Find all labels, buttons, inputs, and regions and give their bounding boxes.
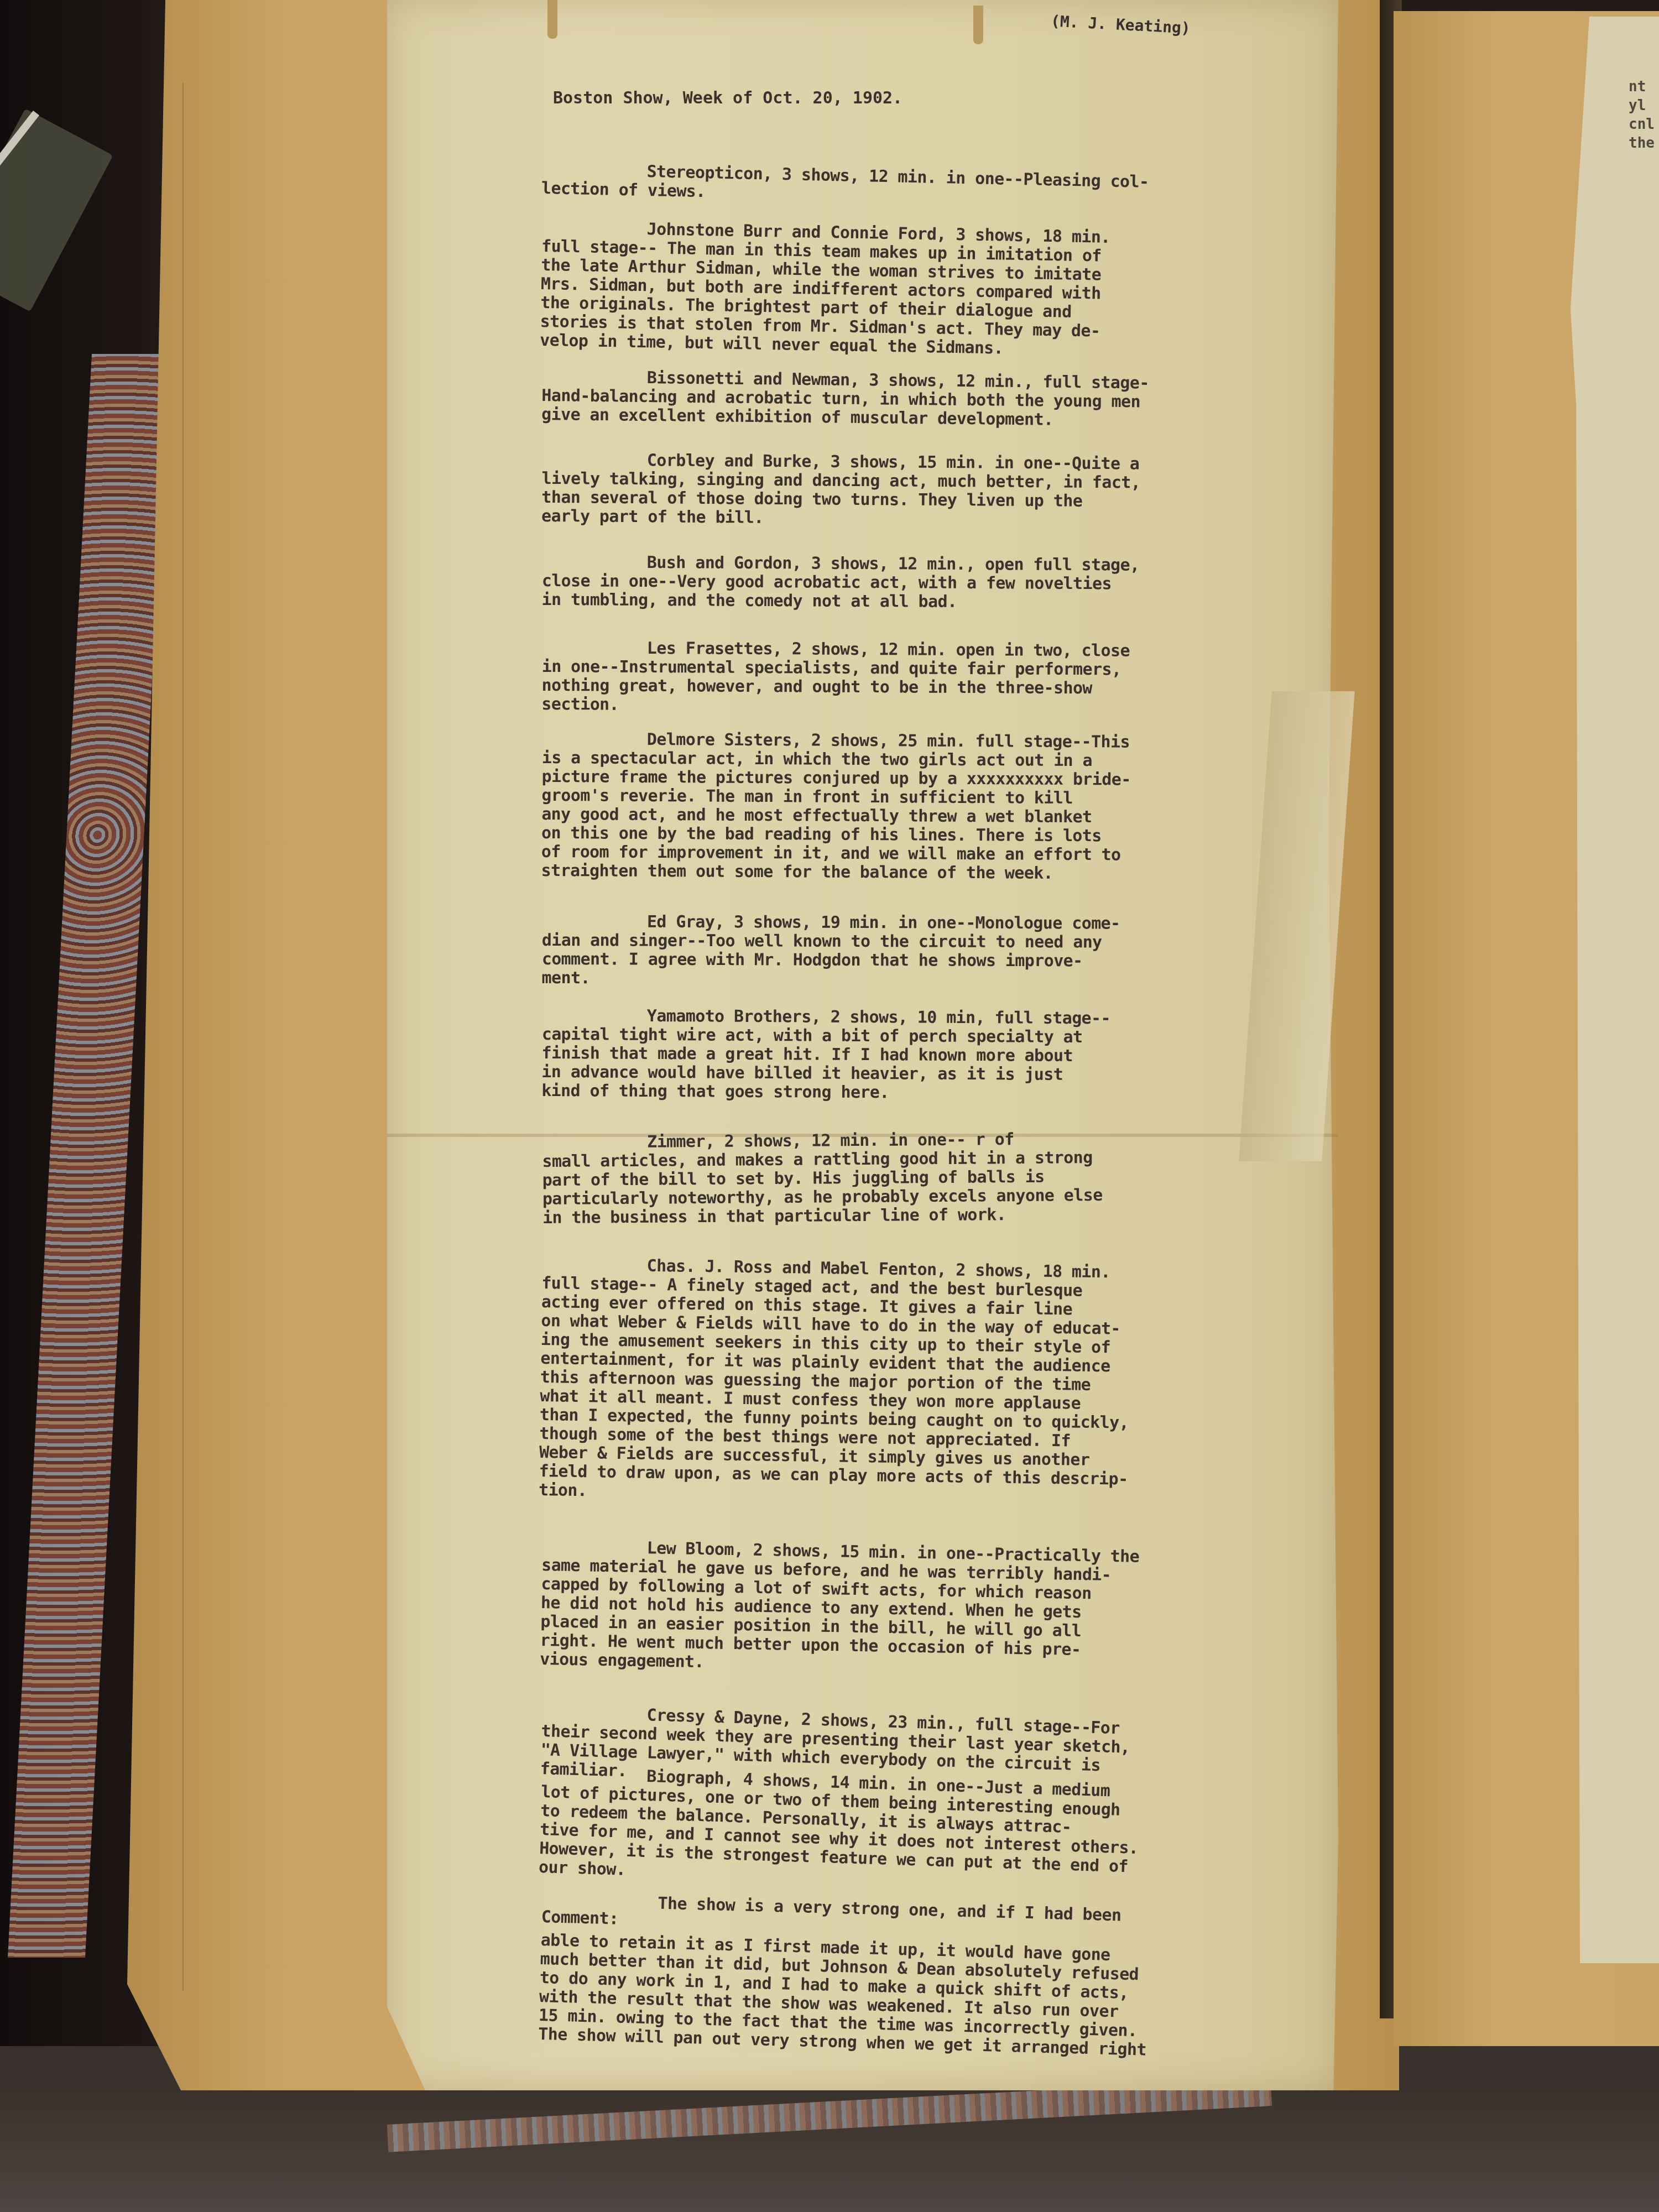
act-review: Bissonetti and Newman, 3 shows, 12 min.,… [541,368,1300,432]
act-review-body: in one--Instrumental specialists, and qu… [541,658,1300,718]
act-review: Corbley and Burke, 3 shows, 15 min. in o… [541,451,1300,531]
comment-label: Comment: [541,1908,619,1929]
act-review-body: lively talking, singing and dancing act,… [541,469,1300,531]
act-review: Bush and Gordon, 3 shows, 12 min., open … [541,553,1300,613]
act-review-body: is a spectacular act, in which the two g… [541,749,1300,884]
act-review: Ed Gray, 3 shows, 19 min. in one--Monolo… [542,912,1300,990]
act-review-body: small articles, and makes a rattling goo… [542,1147,1300,1228]
act-review: Yamamoto Brothers, 2 shows, 10 min, full… [541,1006,1300,1104]
act-review-body: dian and singer--Too well known to the c… [542,931,1300,990]
act-review-body: full stage-- The man in this team makes … [540,237,1299,363]
act-review: Lew Bloom, 2 shows, 15 min. in one--Prac… [540,1537,1300,1682]
board-crease [182,83,184,1991]
document-heading: Boston Show, Week of Oct. 20, 1902. [553,88,902,108]
tear-mark [547,0,557,39]
act-review: Chas. J. Ross and Mabel Fenton, 2 shows,… [539,1255,1300,1510]
adjacent-page-fragment: nt yl cnl the [1629,77,1655,153]
act-review-body: capital tight wire act, with a bit of pe… [541,1025,1300,1104]
act-review-body: full stage-- A finely staged act, and th… [539,1274,1300,1510]
adjacent-sheet [1571,17,1659,1963]
act-review-body: Hand-balancing and acrobatic turn, in wh… [541,387,1300,432]
act-review: Les Frasettes, 2 shows, 12 min. open in … [541,639,1300,718]
act-review: Zimmer, 2 shows, 12 min. in one-- r ofsm… [542,1128,1300,1228]
act-review: Biograph, 4 shows, 14 min. in one--Just … [539,1764,1300,1901]
act-review: Johnstone Burr and Connie Ford, 3 shows,… [540,218,1300,363]
comment-body: able to retain it as I first made it up,… [538,1931,1298,2064]
show-comment: The show is a very strong one, and if I … [538,1891,1300,2064]
act-review-body: close in one--Very good acrobatic act, w… [541,572,1299,613]
act-review-body: same material he gave us before, and he … [540,1556,1299,1682]
archival-photo-scene: nt yl cnl the (M. J. Keating) Boston Sho… [0,0,1659,2212]
tear-mark [973,6,983,44]
act-review: Delmore Sisters, 2 shows, 25 min. full s… [541,730,1300,884]
